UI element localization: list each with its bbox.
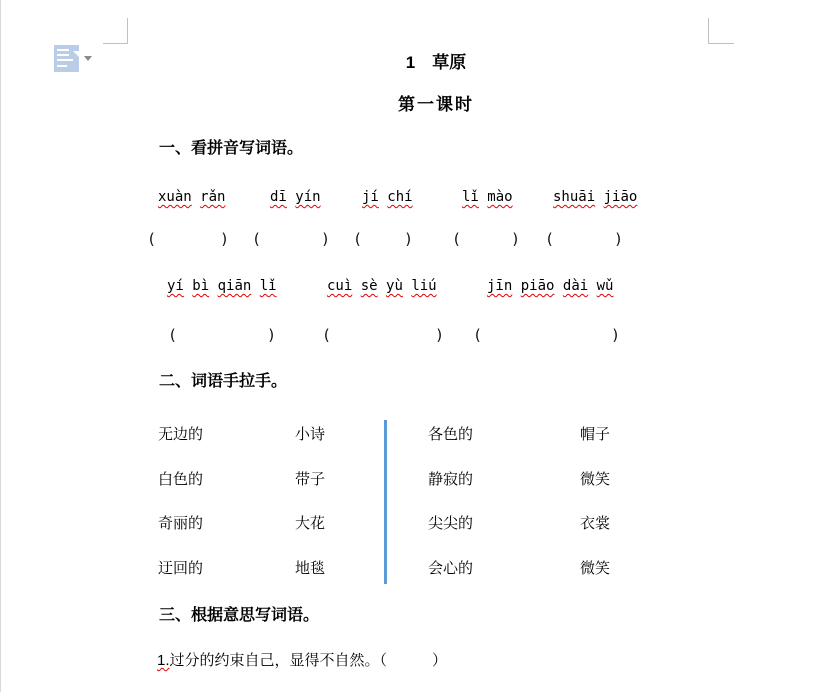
word-document-view: { "colors": { "divider_blue": "#5b9bd5",… [0, 0, 834, 692]
question-item: 1.过分的约束自己，显得不自然。（ ） [157, 651, 447, 671]
match-adjective-left: 白色的 [158, 471, 203, 489]
question-text: 过分的约束自己，显得不自然。 [170, 652, 380, 669]
word-matching-grid: 无边的小诗各色的帽子白色的带子静寂的微笑奇丽的大花尖尖的衣裳迂回的地毯会心的微笑 [0, 0, 834, 600]
match-noun-right: 微笑 [580, 471, 610, 489]
answer-blank: （ ） [380, 652, 448, 669]
match-adjective-right: 静寂的 [428, 471, 473, 489]
section3-heading: 三、根据意思写词语。 [159, 606, 319, 626]
match-adjective-right: 会心的 [428, 560, 473, 578]
match-adjective-left: 无边的 [158, 426, 203, 444]
match-noun-left: 小诗 [295, 426, 325, 444]
match-noun-left: 大花 [295, 515, 325, 533]
match-row: 白色的带子静寂的微笑 [0, 471, 834, 491]
match-noun-left: 带子 [295, 471, 325, 489]
match-adjective-right: 尖尖的 [428, 515, 473, 533]
match-row: 奇丽的大花尖尖的衣裳 [0, 515, 834, 535]
match-adjective-left: 迂回的 [158, 560, 203, 578]
match-adjective-right: 各色的 [428, 426, 473, 444]
match-adjective-left: 奇丽的 [158, 515, 203, 533]
match-noun-right: 衣裳 [580, 515, 610, 533]
match-row: 迂回的地毯会心的微笑 [0, 560, 834, 580]
match-noun-right: 微笑 [580, 560, 610, 578]
match-row: 无边的小诗各色的帽子 [0, 426, 834, 446]
question-number: 1. [157, 652, 170, 669]
match-noun-right: 帽子 [580, 426, 610, 444]
match-noun-left: 地毯 [295, 560, 325, 578]
